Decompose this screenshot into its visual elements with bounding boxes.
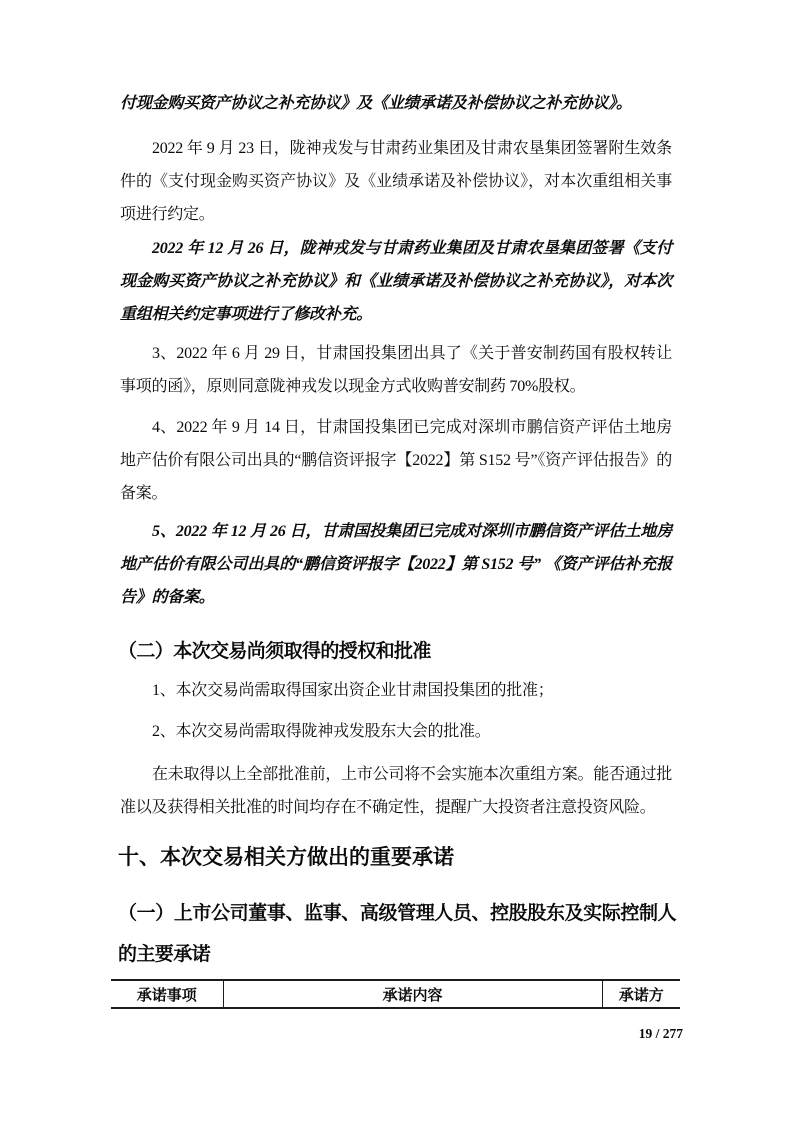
table-header-row: 承诺事项 承诺内容 承诺方 — [111, 980, 680, 1008]
paragraph-2022-09-23: 2022 年 9 月 23 日，陇神戎发与甘肃药业集团及甘肃农垦集团签署附生效条… — [120, 132, 672, 231]
table-header-commitment-content: 承诺内容 — [223, 980, 602, 1008]
paragraph-item-4: 4、2022 年 9 月 14 日，甘肃国投集团已完成对深圳市鹏信资产评估土地房… — [120, 411, 672, 510]
table-header-commitment-item: 承诺事项 — [111, 980, 223, 1008]
table-header-commitment-party: 承诺方 — [602, 980, 680, 1008]
paragraph-approval-item-2: 2、本次交易尚需取得陇神戎发股东大会的批准。 — [120, 715, 672, 748]
paragraph-agreement-continuation: 付现金购买资产协议之补充协议》及《业绩承诺及补偿协议之补充协议》。 — [120, 87, 672, 120]
paragraph-approval-item-1: 1、本次交易尚需取得国家出资企业甘肃国投集团的批准； — [120, 674, 672, 707]
page-number: 19 / 277 — [639, 1026, 683, 1042]
paragraph-item-5: 5、2022 年 12 月 26 日，甘肃国投集团已完成对深圳市鹏信资产评估土地… — [120, 515, 672, 614]
section-heading-authorizations: （二）本次交易尚须取得的授权和批准 — [118, 631, 676, 672]
chapter-heading-important-commitments: 十、本次交易相关方做出的重要承诺 — [118, 843, 683, 873]
document-page: 付现金购买资产协议之补充协议》及《业绩承诺及补偿协议之补充协议》。 2022 年… — [0, 0, 793, 1122]
section-heading-main-commitments: （一）上市公司董事、监事、高级管理人员、控股股东及实际控制人的主要承诺 — [118, 893, 676, 975]
paragraph-2022-12-26-agreements: 2022 年 12 月 26 日，陇神戎发与甘肃药业集团及甘肃农垦集团签署《支付… — [120, 232, 672, 331]
paragraph-risk-notice: 在未取得以上全部批准前，上市公司将不会实施本次重组方案。能否通过批准以及获得相关… — [120, 758, 672, 824]
paragraph-item-3: 3、2022 年 6 月 29 日，甘肃国投集团出具了《关于普安制药国有股权转让… — [120, 337, 672, 403]
commitment-table: 承诺事项 承诺内容 承诺方 — [111, 979, 680, 1009]
